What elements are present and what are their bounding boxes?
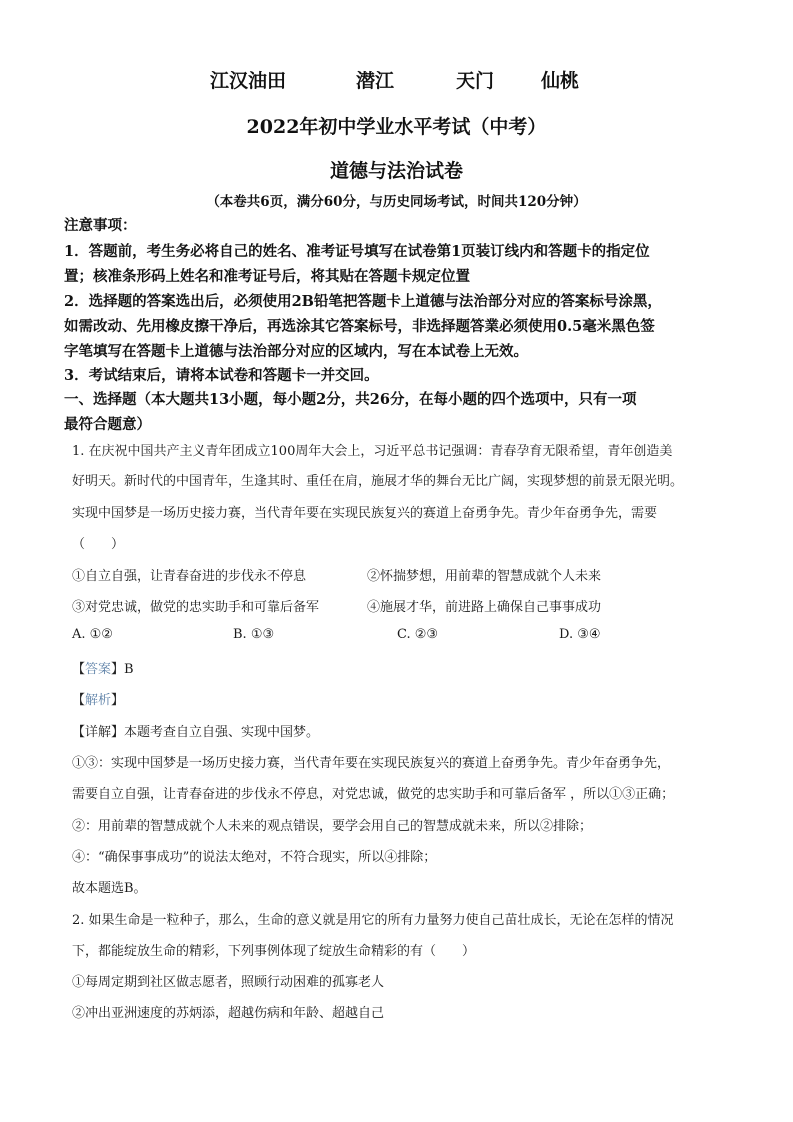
question-stem: 2. 如果生命是一粒种子，那么，生命的意义就是用它的所有力量努力使自己苗壮成长，… xyxy=(72,909,674,928)
notice-heading: 注意事项： xyxy=(64,214,137,235)
analysis-label: 解析 xyxy=(85,693,111,708)
statement: ③对党忠诚，做党的忠实助手和可靠后备军 xyxy=(72,596,319,615)
exam-title: 2022年初中学业水平考试（中考） xyxy=(0,112,793,139)
subject-title: 道德与法治试卷 xyxy=(0,156,793,183)
question-stem: 下，都能绽放生命的精彩，下列事例体现了绽放生命精彩的有（ ） xyxy=(72,940,475,959)
region-name: 潜江 xyxy=(356,66,394,93)
option-b: B. ①③ xyxy=(233,627,274,642)
notice-line: 字笔填写在答题卡上道德与法治部分对应的区域内，写在本试卷上无效。 xyxy=(64,340,528,361)
answer-line: 【答案】B xyxy=(72,658,134,677)
option-c: C. ②③ xyxy=(397,627,438,642)
question-stem: 实现中国梦是一场历史接力赛，当代青年要在实现民族复兴的赛道上奋勇争先。青少年奋勇… xyxy=(72,502,657,521)
option-a: A. ①② xyxy=(72,627,113,642)
exam-page: 江汉油田 潜江 天门 仙桃 2022年初中学业水平考试（中考） 道德与法治试卷 … xyxy=(0,0,793,1122)
notice-line: 置；核准条形码上姓名和准考证号后，将其贴在答题卡规定位置 xyxy=(64,265,470,286)
region-name: 仙桃 xyxy=(541,66,579,93)
exam-subtitle: （本卷共6页，满分60分，与历史同场考试，时间共120分钟） xyxy=(0,190,793,210)
detail-line: 需要自立自强，让青春奋进的步伐永不停息，对党忠诚，做党的忠实助手和可靠后备军 ，… xyxy=(72,783,674,802)
region-name: 天门 xyxy=(456,66,494,93)
analysis-line: 【解析】 xyxy=(72,689,124,708)
notice-line: 如需改动、先用橡皮擦干净后，再选涂其它答案标号，非选择题答業必须使用0.5毫米黑… xyxy=(64,315,655,336)
detail-line: 【详解】本题考查自立自强、实现中国梦。 xyxy=(72,721,319,740)
region-name: 江汉油田 xyxy=(210,66,286,93)
notice-line: 2．选择题的答案选出后，必须使用2B铅笔把答题卡上道德与法治部分对应的答案标号涂… xyxy=(64,290,662,311)
question-stem: 好明天。新时代的中国青年，生逢其时、重任在肩，施展才华的舞台无比广阔，实现梦想的… xyxy=(72,470,683,489)
detail-line: 故本题选B。 xyxy=(72,877,147,896)
notice-line: 3．考试结束后，请将本试卷和答题卡一并交回。 xyxy=(64,364,379,385)
section-heading: 最符合题意） xyxy=(64,413,151,434)
question-blank: （ ） xyxy=(72,533,124,552)
option-d: D. ③④ xyxy=(559,627,601,642)
statement: ②怀揣梦想，用前辈的智慧成就个人未来 xyxy=(367,565,601,584)
statement: ①每周定期到社区做志愿者，照顾行动困难的孤寡老人 xyxy=(72,971,384,990)
notice-line: 1．答题前，考生务必将自己的姓名、准考证号填写在试卷第1页装订线内和答题卡的指定… xyxy=(64,240,650,261)
answer-value: B xyxy=(124,662,134,677)
detail-line: ④：“确保事事成功”的说法太绝对，不符合现实，所以④排除； xyxy=(72,846,436,865)
detail-line: ②：用前辈的智慧成就个人未来的观点错误，要学会用自己的智慧成就未来，所以②排除； xyxy=(72,815,592,834)
statement: ①自立自强，让青春奋进的步伐永不停息 xyxy=(72,565,306,584)
question-stem: 1. 在庆祝中国共产主义青年团成立100周年大会上，习近平总书记强调：青春孕育无… xyxy=(72,440,672,459)
statement: ②冲出亚洲速度的苏炳添，超越伤病和年龄、超越自己 xyxy=(72,1002,384,1021)
answer-label: 答案 xyxy=(85,662,111,677)
detail-line: ①③：实现中国梦是一场历史接力赛，当代青年要在实现民族复兴的赛道上奋勇争先。青少… xyxy=(72,752,670,771)
section-heading: 一、选择题（本大题共13小题，每小题2分，共26分，在每小题的四个选项中，只有一… xyxy=(64,388,636,409)
statement: ④施展才华，前进路上确保自己事事成功 xyxy=(367,596,601,615)
